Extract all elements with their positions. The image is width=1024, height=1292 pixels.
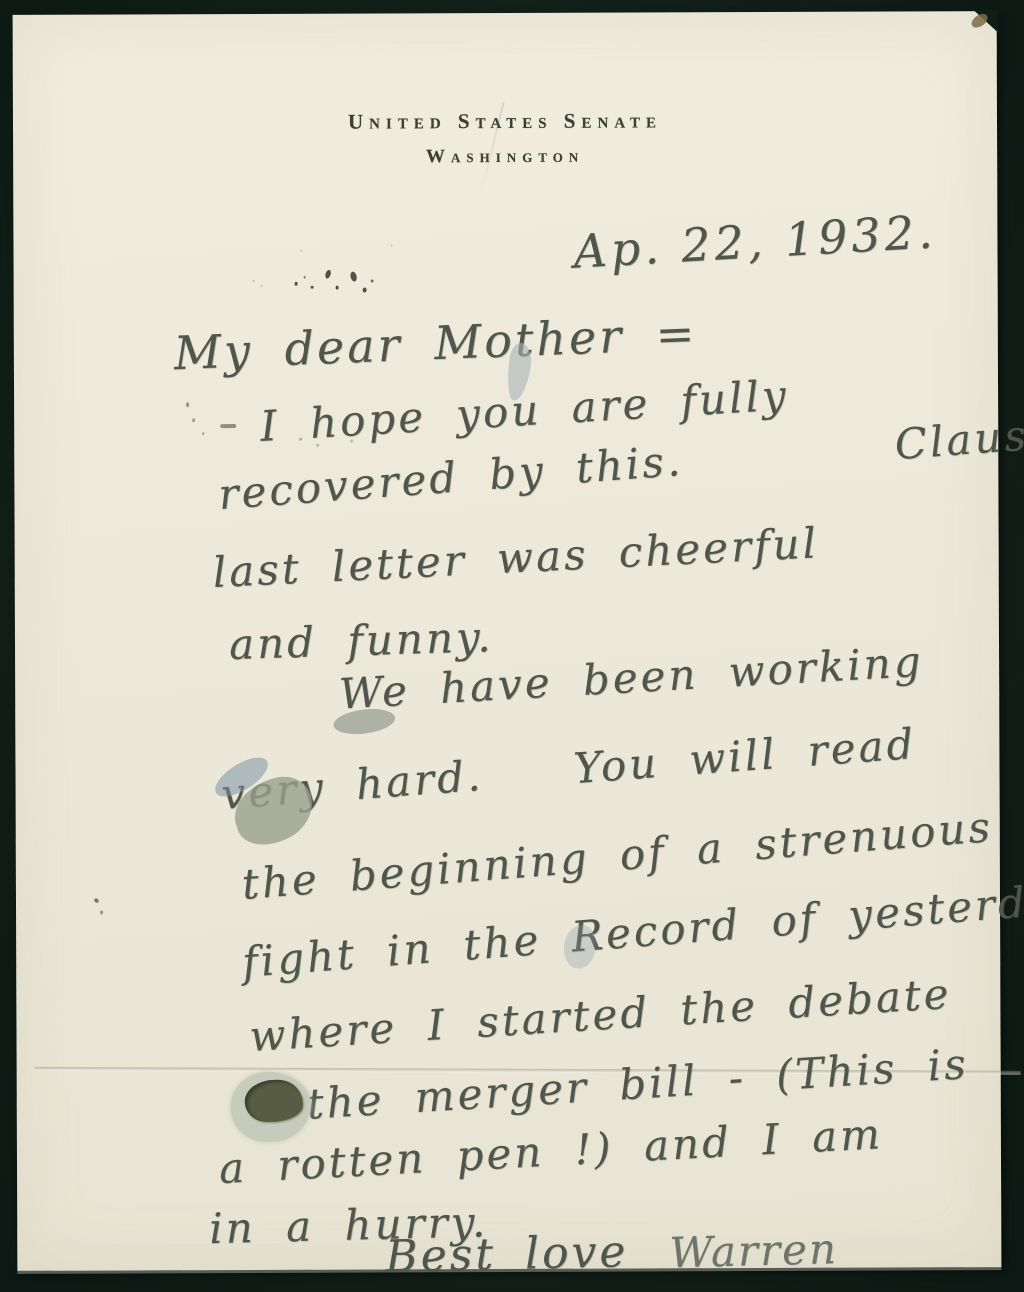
- ink-blot: [245, 1080, 303, 1122]
- letterhead-line1: United States Senate: [13, 107, 997, 136]
- letterhead-line2: Washington: [13, 144, 997, 170]
- letter-scan: United States Senate Washington Ap. 22, …: [0, 0, 1024, 1292]
- ink-spatter: [13, 11, 997, 15]
- letterhead: United States Senate Washington: [13, 107, 997, 170]
- closing: Best love: [385, 1226, 629, 1282]
- handwriting-line: last letter was cheerful: [212, 518, 821, 597]
- salutation: My dear Mother =: [173, 306, 698, 380]
- letter-page: United States Senate Washington Ap. 22, …: [13, 11, 1002, 1271]
- date-line: Ap. 22, 1932.: [572, 204, 938, 278]
- signature: Warren: [669, 1224, 839, 1277]
- handwriting-line: very hard. You will read: [220, 719, 918, 819]
- ink-speck: [13, 11, 997, 15]
- handwriting-line: and funny.: [228, 612, 494, 669]
- pen-marks: [13, 11, 997, 15]
